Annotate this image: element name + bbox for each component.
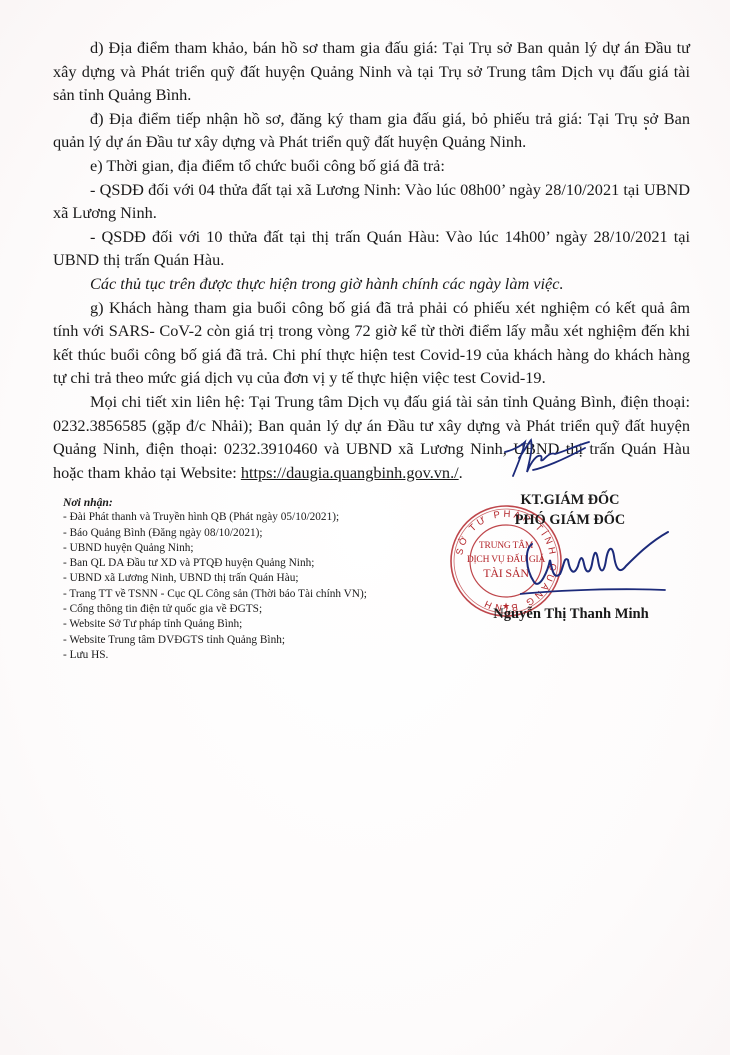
website-link[interactable]: https://daugia.quangbinh.gov.vn./ <box>241 463 459 482</box>
contact-suffix: . <box>459 463 463 482</box>
document-body: d) Địa điểm tham khảo, bán hồ sơ tham gi… <box>53 36 690 484</box>
recipient-item: - Đài Phát thanh và Truyền hình QB (Phát… <box>63 510 423 525</box>
scan-speck <box>645 127 647 130</box>
paragraph-luong-ninh-schedule: - QSDĐ đối với 04 thửa đất tại xã Lương … <box>53 178 690 225</box>
recipient-item: - Cổng thông tin điện tử quốc gia về ĐGT… <box>63 602 423 617</box>
recipient-item: - Ban QL DA Đầu tư XD và PTQĐ huyện Quản… <box>63 556 423 571</box>
paragraph-quan-hau-schedule: - QSDĐ đối với 10 thửa đất tại thị trấn … <box>53 225 690 272</box>
recipient-item: - Website Sở Tư pháp tỉnh Quảng Bình; <box>63 617 423 632</box>
initials-signature-icon <box>503 432 593 482</box>
paragraph-dd-submission-location: đ) Địa điểm tiếp nhận hồ sơ, đăng ký tha… <box>53 107 690 154</box>
recipients-title: Nơi nhận: <box>63 495 423 510</box>
handwritten-signature-icon <box>520 530 670 600</box>
recipient-item: - Website Trung tâm DVĐGTS tỉnh Quảng Bì… <box>63 633 423 648</box>
recipient-item: - Trang TT về TSNN - Cục QL Công sản (Th… <box>63 587 423 602</box>
recipient-item: - Báo Quảng Bình (Đăng ngày 08/10/2021); <box>63 526 423 541</box>
paragraph-contact: Mọi chi tiết xin liên hệ: Tại Trung tâm … <box>53 390 690 484</box>
recipients-list: - Đài Phát thanh và Truyền hình QB (Phát… <box>63 510 423 663</box>
recipient-item: - UBND xã Lương Ninh, UBND thị trấn Quán… <box>63 571 423 586</box>
recipient-item: - UBND huyện Quảng Ninh; <box>63 541 423 556</box>
paragraph-office-hours-note: Các thủ tục trên được thực hiện trong gi… <box>53 272 690 296</box>
paragraph-d-reference-location: d) Địa điểm tham khảo, bán hồ sơ tham gi… <box>53 36 690 107</box>
recipient-item: - Lưu HS. <box>63 648 423 663</box>
paragraph-e-time-location: e) Thời gian, địa điểm tổ chức buổi công… <box>53 154 690 178</box>
recipients-block: Nơi nhận: - Đài Phát thanh và Truyền hìn… <box>63 495 423 663</box>
paragraph-g-covid-requirement: g) Khách hàng tham gia buổi công bố giá … <box>53 296 690 390</box>
